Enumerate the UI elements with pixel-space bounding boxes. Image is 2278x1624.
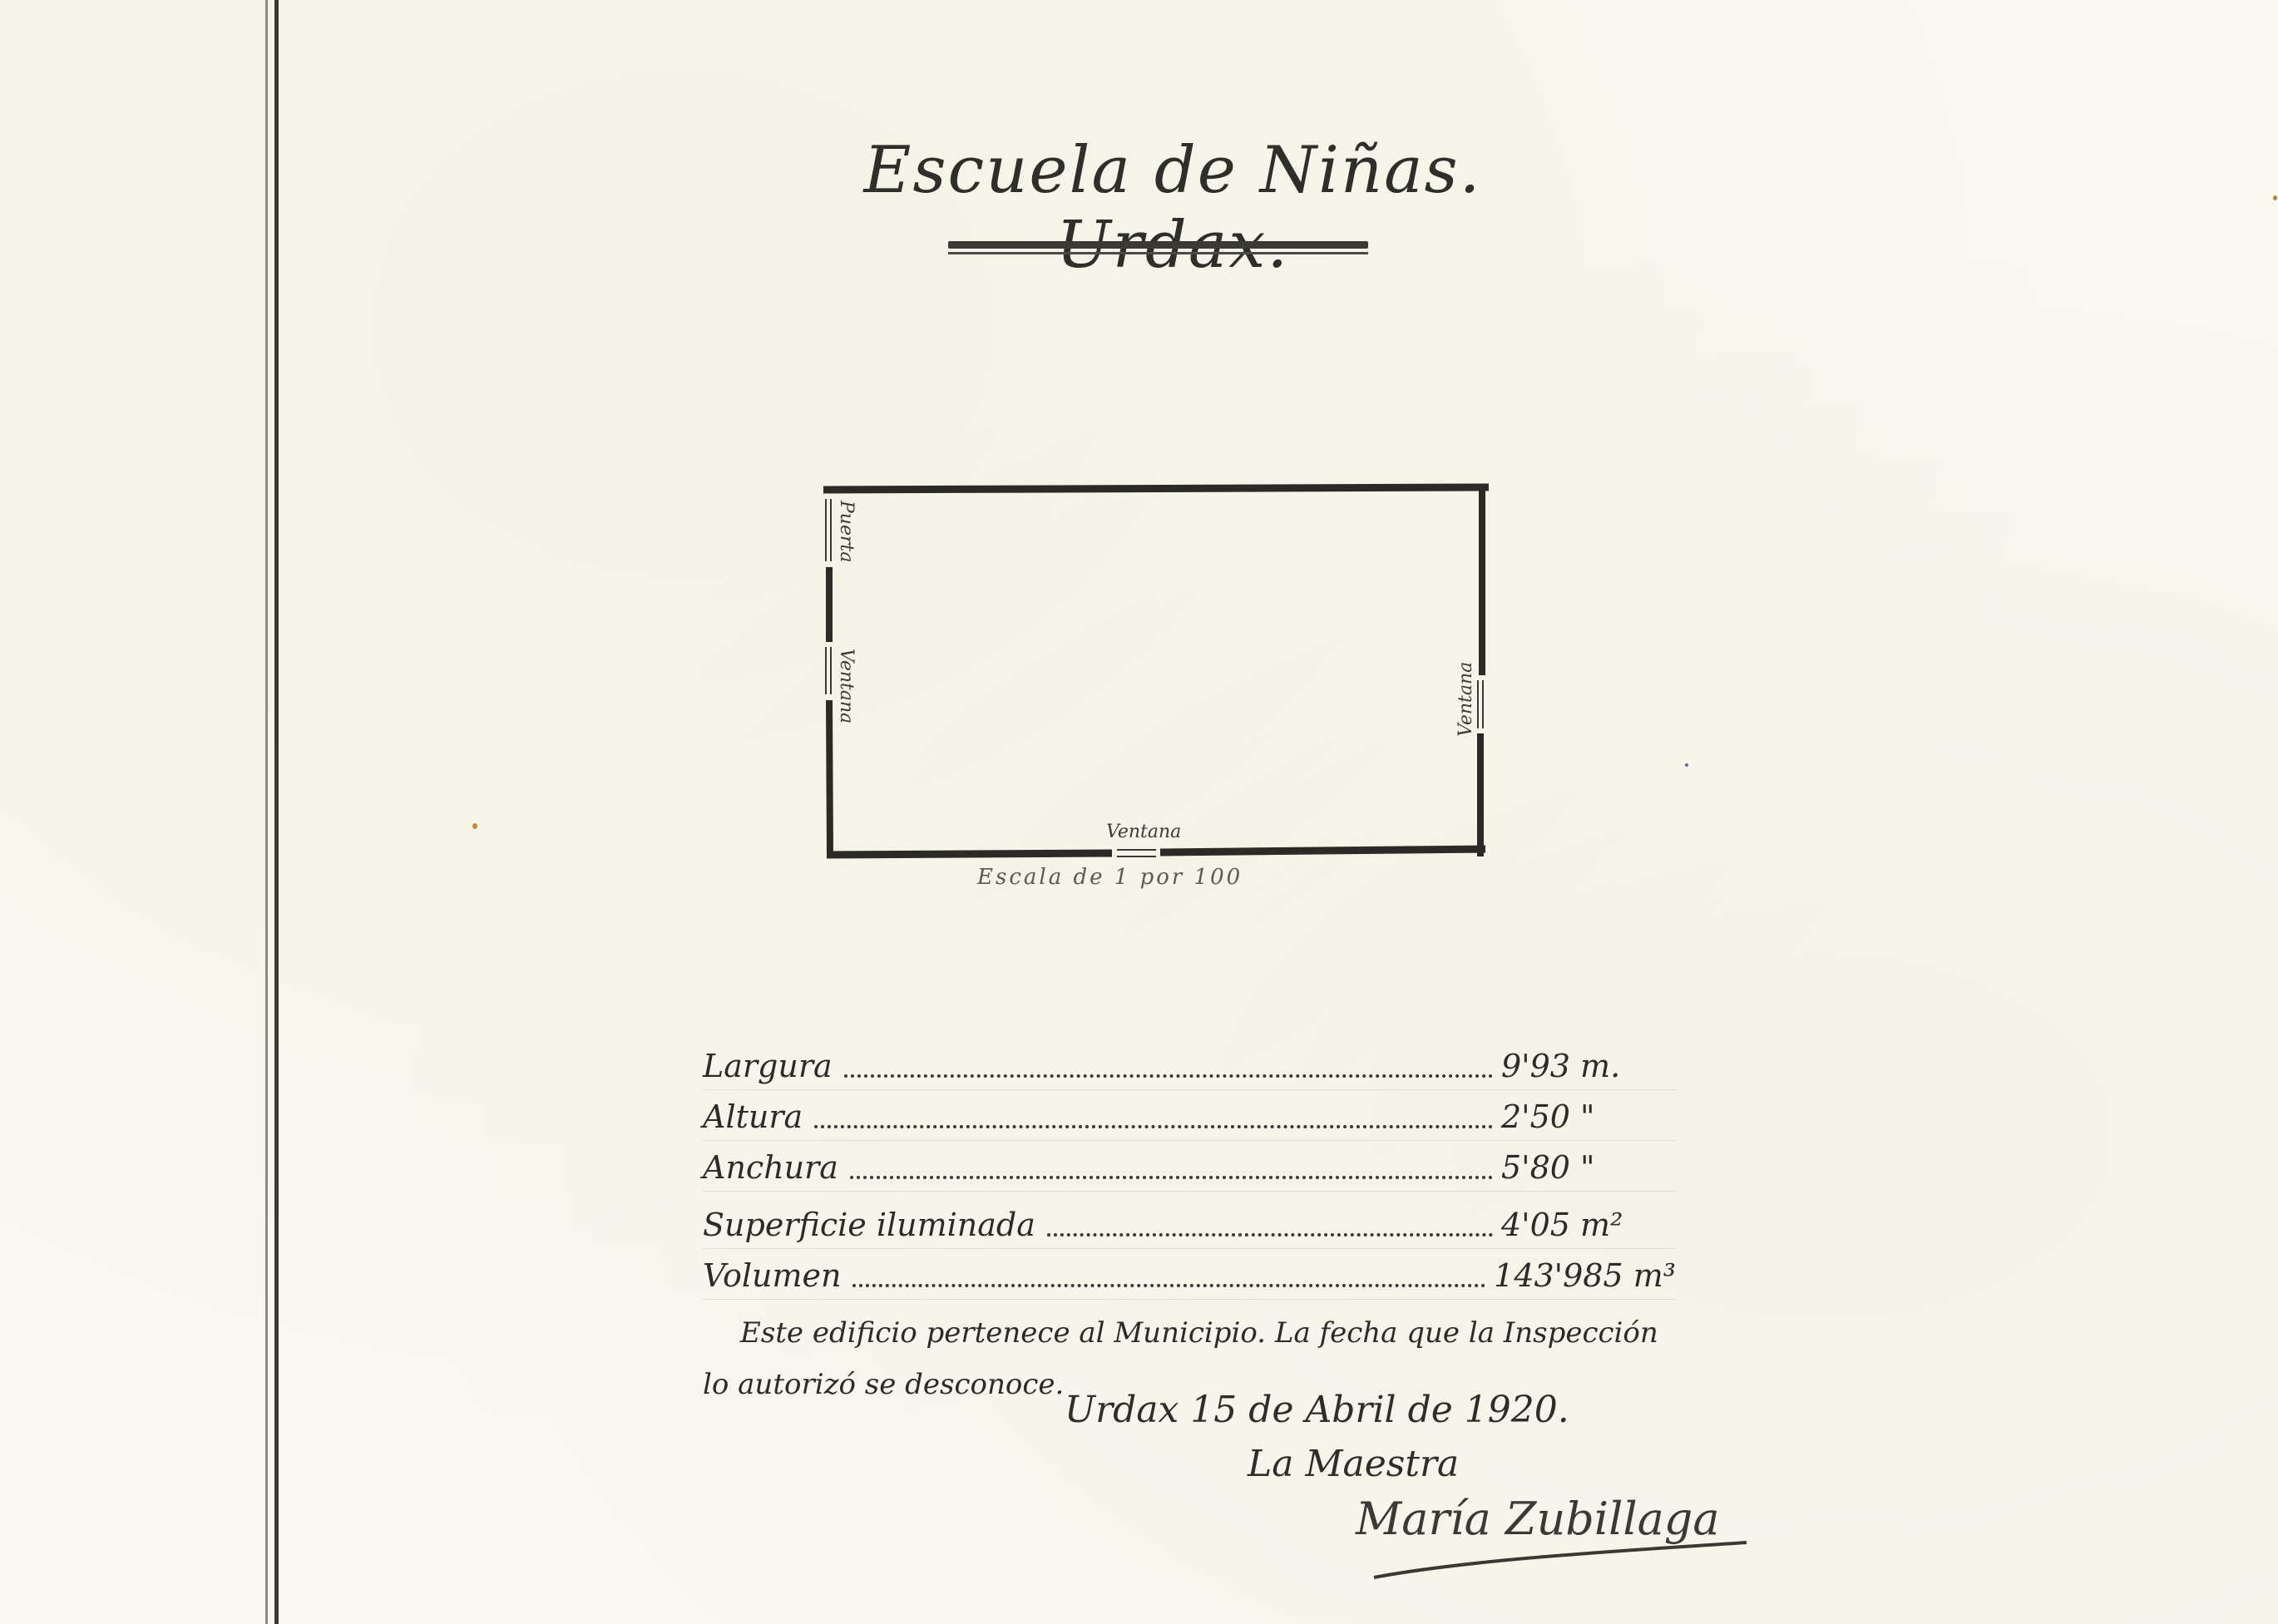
page-title: Escuela de Niñas. Urdax. [798, 133, 1547, 283]
signature-flourish [1372, 1534, 1763, 1584]
measurement-label: Volumen [703, 1257, 841, 1299]
ink-speck [1685, 763, 1688, 767]
measurement-label: Superficie iluminada [703, 1207, 1035, 1248]
measurement-row-anchura: Anchura 5'80 " [703, 1141, 1676, 1192]
leader-dots [1047, 1233, 1493, 1237]
door-label: Puerta [836, 501, 857, 562]
leader-dots [814, 1125, 1493, 1128]
measurement-row-largura: Largura 9'93 m. [703, 1039, 1676, 1090]
signer-role: La Maestra [1248, 1443, 1459, 1485]
measurement-value: 143'985 m³ [1494, 1257, 1676, 1299]
ink-speck [472, 823, 477, 829]
measurement-value: 4'05 m² [1501, 1207, 1676, 1248]
leader-dots [852, 1284, 1485, 1287]
floor-plan-outline [823, 482, 1489, 861]
binding-margin-line-thick [274, 0, 279, 1624]
binding-margin-line-thin [265, 0, 268, 1624]
measurement-value: 9'93 m. [1501, 1048, 1676, 1089]
window-label-right: Ventana [1455, 662, 1476, 737]
measurement-value: 2'50 " [1501, 1098, 1676, 1140]
measurement-label: Largura [703, 1048, 833, 1089]
measurement-row-altura: Altura 2'50 " [703, 1090, 1676, 1141]
leader-dots [850, 1176, 1493, 1179]
measurement-label: Anchura [703, 1149, 838, 1191]
ink-speck [2273, 195, 2277, 200]
window-label-left: Ventana [836, 649, 857, 723]
window-label-bottom: Ventana [1106, 822, 1181, 842]
floor-plan: Puerta Ventana Ventana Ventana [823, 482, 1489, 861]
title-underline [948, 241, 1368, 254]
measurement-value: 5'80 " [1501, 1149, 1676, 1191]
measurement-row-volumen: Volumen 143'985 m³ [703, 1249, 1676, 1300]
measurement-label: Altura [703, 1098, 803, 1140]
scale-caption: Escala de 1 por 100 [977, 865, 1243, 890]
leader-dots [844, 1074, 1493, 1078]
measurements-table: Largura 9'93 m. Altura 2'50 " Anchura 5'… [703, 1039, 1676, 1300]
note-line-1: Este edificio pertenece al Municipio. La… [703, 1307, 1676, 1359]
place-date: Urdax 15 de Abril de 1920. [1065, 1389, 1569, 1431]
measurement-row-superficie: Superficie iluminada 4'05 m² [703, 1192, 1676, 1249]
